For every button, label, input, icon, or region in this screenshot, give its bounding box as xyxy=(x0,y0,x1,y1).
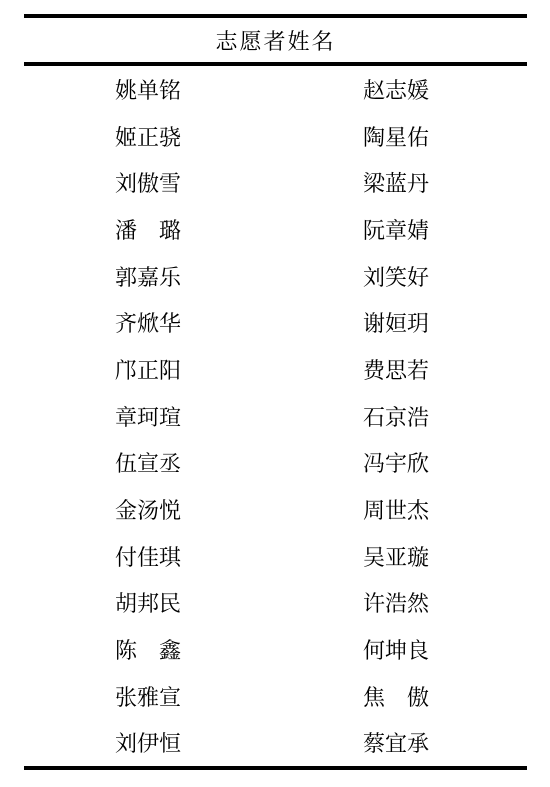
volunteer-name-right: 许浩然 xyxy=(363,587,527,618)
table-body: 姚单铭 赵志媛 姬正骁 陶星佑 刘傲雪 梁蓝丹 潘 璐 阮章婧 郭嘉乐 刘笑好 … xyxy=(24,66,527,770)
volunteer-name-right: 焦 傲 xyxy=(363,681,527,712)
table-row: 潘 璐 阮章婧 xyxy=(24,206,527,253)
table-row: 齐焮华 谢姮玥 xyxy=(24,299,527,346)
volunteer-name-table: 志愿者姓名 姚单铭 赵志媛 姬正骁 陶星佑 刘傲雪 梁蓝丹 潘 璐 阮章婧 郭嘉… xyxy=(24,14,527,770)
volunteer-name-left: 金汤悦 xyxy=(115,494,363,525)
table-row: 章珂瑄 石京浩 xyxy=(24,393,527,440)
volunteer-name-right: 谢姮玥 xyxy=(363,307,527,338)
table-row: 伍宣丞 冯宇欣 xyxy=(24,439,527,486)
table-row: 付佳琪 吴亚璇 xyxy=(24,533,527,580)
volunteer-name-left: 潘 璐 xyxy=(115,214,363,245)
volunteer-name-left: 张雅宣 xyxy=(115,681,363,712)
volunteer-name-left: 姬正骁 xyxy=(115,121,363,152)
table-row: 刘傲雪 梁蓝丹 xyxy=(24,159,527,206)
table-row: 郭嘉乐 刘笑好 xyxy=(24,253,527,300)
table-row: 姚单铭 赵志媛 xyxy=(24,66,527,113)
volunteer-name-right: 费思若 xyxy=(363,354,527,385)
volunteer-name-right: 冯宇欣 xyxy=(363,447,527,478)
volunteer-name-right: 陶星佑 xyxy=(363,121,527,152)
volunteer-name-left: 付佳琪 xyxy=(115,541,363,572)
table-row: 刘伊恒 蔡宜承 xyxy=(24,719,527,766)
volunteer-name-right: 周世杰 xyxy=(363,494,527,525)
table-row: 金汤悦 周世杰 xyxy=(24,486,527,533)
table-row: 姬正骁 陶星佑 xyxy=(24,113,527,160)
volunteer-name-right: 蔡宜承 xyxy=(363,727,527,758)
volunteer-name-left: 郭嘉乐 xyxy=(115,261,363,292)
volunteer-name-left: 姚单铭 xyxy=(115,74,363,105)
table-row: 胡邦民 许浩然 xyxy=(24,579,527,626)
volunteer-name-right: 石京浩 xyxy=(363,401,527,432)
table-title: 志愿者姓名 xyxy=(24,14,527,66)
table-row: 陈 鑫 何坤良 xyxy=(24,626,527,673)
volunteer-name-right: 何坤良 xyxy=(363,634,527,665)
document-page: 志愿者姓名 姚单铭 赵志媛 姬正骁 陶星佑 刘傲雪 梁蓝丹 潘 璐 阮章婧 郭嘉… xyxy=(0,0,550,787)
volunteer-name-left: 刘伊恒 xyxy=(115,727,363,758)
volunteer-name-right: 吴亚璇 xyxy=(363,541,527,572)
table-row: 邝正阳 费思若 xyxy=(24,346,527,393)
volunteer-name-right: 阮章婧 xyxy=(363,214,527,245)
volunteer-name-left: 伍宣丞 xyxy=(115,447,363,478)
volunteer-name-left: 齐焮华 xyxy=(115,307,363,338)
volunteer-name-left: 刘傲雪 xyxy=(115,167,363,198)
volunteer-name-right: 赵志媛 xyxy=(363,74,527,105)
table-row: 张雅宣 焦 傲 xyxy=(24,673,527,720)
volunteer-name-left: 陈 鑫 xyxy=(115,634,363,665)
volunteer-name-left: 邝正阳 xyxy=(115,354,363,385)
volunteer-name-left: 胡邦民 xyxy=(115,587,363,618)
volunteer-name-left: 章珂瑄 xyxy=(115,401,363,432)
volunteer-name-right: 梁蓝丹 xyxy=(363,167,527,198)
volunteer-name-right: 刘笑好 xyxy=(363,261,527,292)
